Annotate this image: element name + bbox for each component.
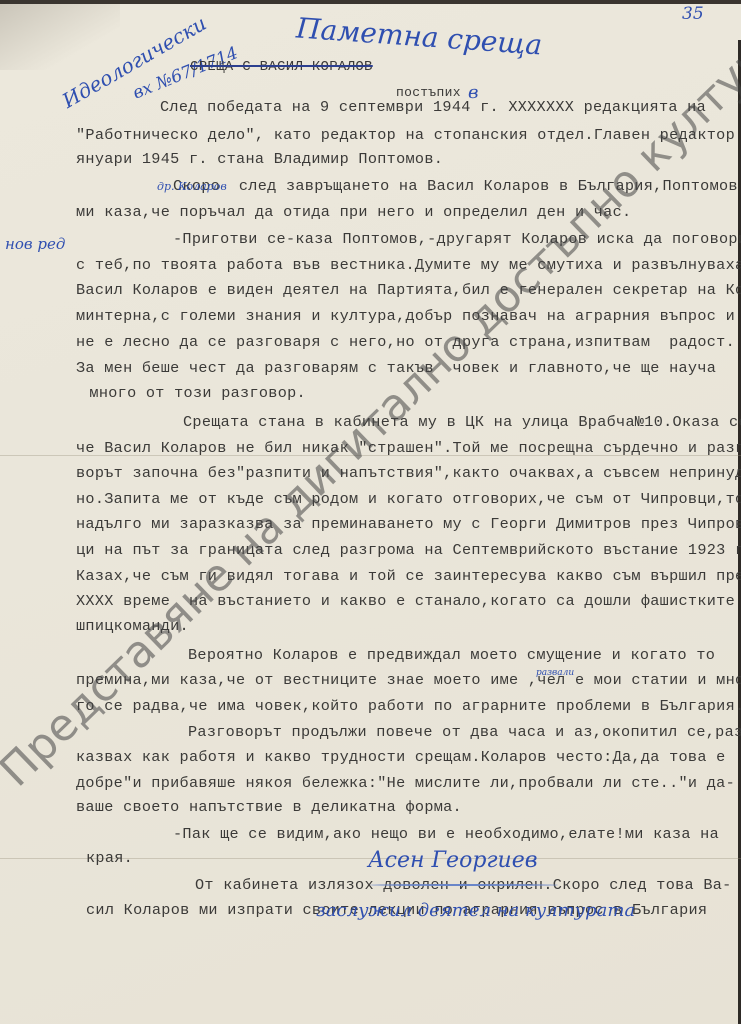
typed-line: Вероятно Коларов е предвиждал моето смущ… [188, 648, 715, 663]
typed-line: с теб,по твоята работа във вестника.Думи… [76, 258, 741, 273]
typed-line: ворът започна без"разпити и напътствия",… [76, 466, 741, 481]
typed-line: минтерна,с големи знания и култура,добър… [76, 309, 735, 324]
typed-line: Разговорът продължи повече от два часа и… [188, 725, 741, 740]
document-page: 35 Идеологически вх №67/1714 Паметна сре… [0, 0, 741, 1024]
margin-note-new-paragraph: нов ред [5, 235, 65, 253]
handwritten-insert-razvali: развали [536, 668, 574, 678]
typed-line: много от този разговор. [80, 386, 306, 401]
typed-line: -Пак ще се видим,ако нещо ви е необходим… [173, 827, 719, 842]
handwritten-insert-kolarov: др. Коларов [157, 180, 227, 193]
typed-line: Срещата стана в кабинета му в ЦК на улиц… [183, 415, 741, 430]
typed-line: ци на път за границата след разгрома на … [76, 543, 741, 558]
typed-line: ми каза,че поръчал да отида при него и о… [76, 205, 631, 220]
typed-line: След победата на 9 септември 1944 г. XXX… [160, 100, 706, 115]
typed-line: -Приготви се-каза Поптомов,-другарят Кол… [173, 232, 741, 247]
crossed-out-title: СРЕЩА С ВАСИЛ КОРАЛОВ [190, 60, 373, 74]
signature: Асен Георгиев [368, 848, 538, 873]
typed-line: добре"и прибавяше някоя бележка:"Не мисл… [76, 776, 735, 791]
page-corner-shadow [0, 0, 120, 70]
typed-line: че Васил Коларов не бил никак "страшен".… [76, 441, 741, 456]
handwritten-insert-v: в [468, 82, 478, 103]
scan-top-edge [0, 0, 741, 4]
typed-insertion-above: постъпих [396, 86, 461, 99]
typed-line: казвах как работя и какво трудности срещ… [76, 750, 726, 765]
typed-line: но.Запита ме от къде съм родом и когато … [76, 492, 741, 507]
typed-line: премина,ми каза,че от вестниците знае мо… [76, 673, 741, 688]
typed-line: не е лесно да се разговаря с него,но от … [76, 335, 735, 350]
handwritten-new-title: Паметна среща [295, 11, 543, 61]
signature-caption: заслужил деятел на културата [316, 900, 635, 921]
signature-underline [370, 884, 558, 886]
page-number: 35 [682, 4, 704, 24]
typed-line: ваше своето напътствие в деликатна форма… [76, 800, 462, 815]
typed-line: края. [86, 851, 133, 866]
typed-line: го се радва,че има човек,който работи по… [76, 699, 741, 714]
typed-line: януари 1945 г. стана Владимир Поптомов. [76, 152, 443, 167]
typed-line: надълго ми заразказва за преминаването м… [76, 517, 741, 532]
typed-line: Васил Коларов е виден деятел на Партията… [76, 283, 741, 298]
